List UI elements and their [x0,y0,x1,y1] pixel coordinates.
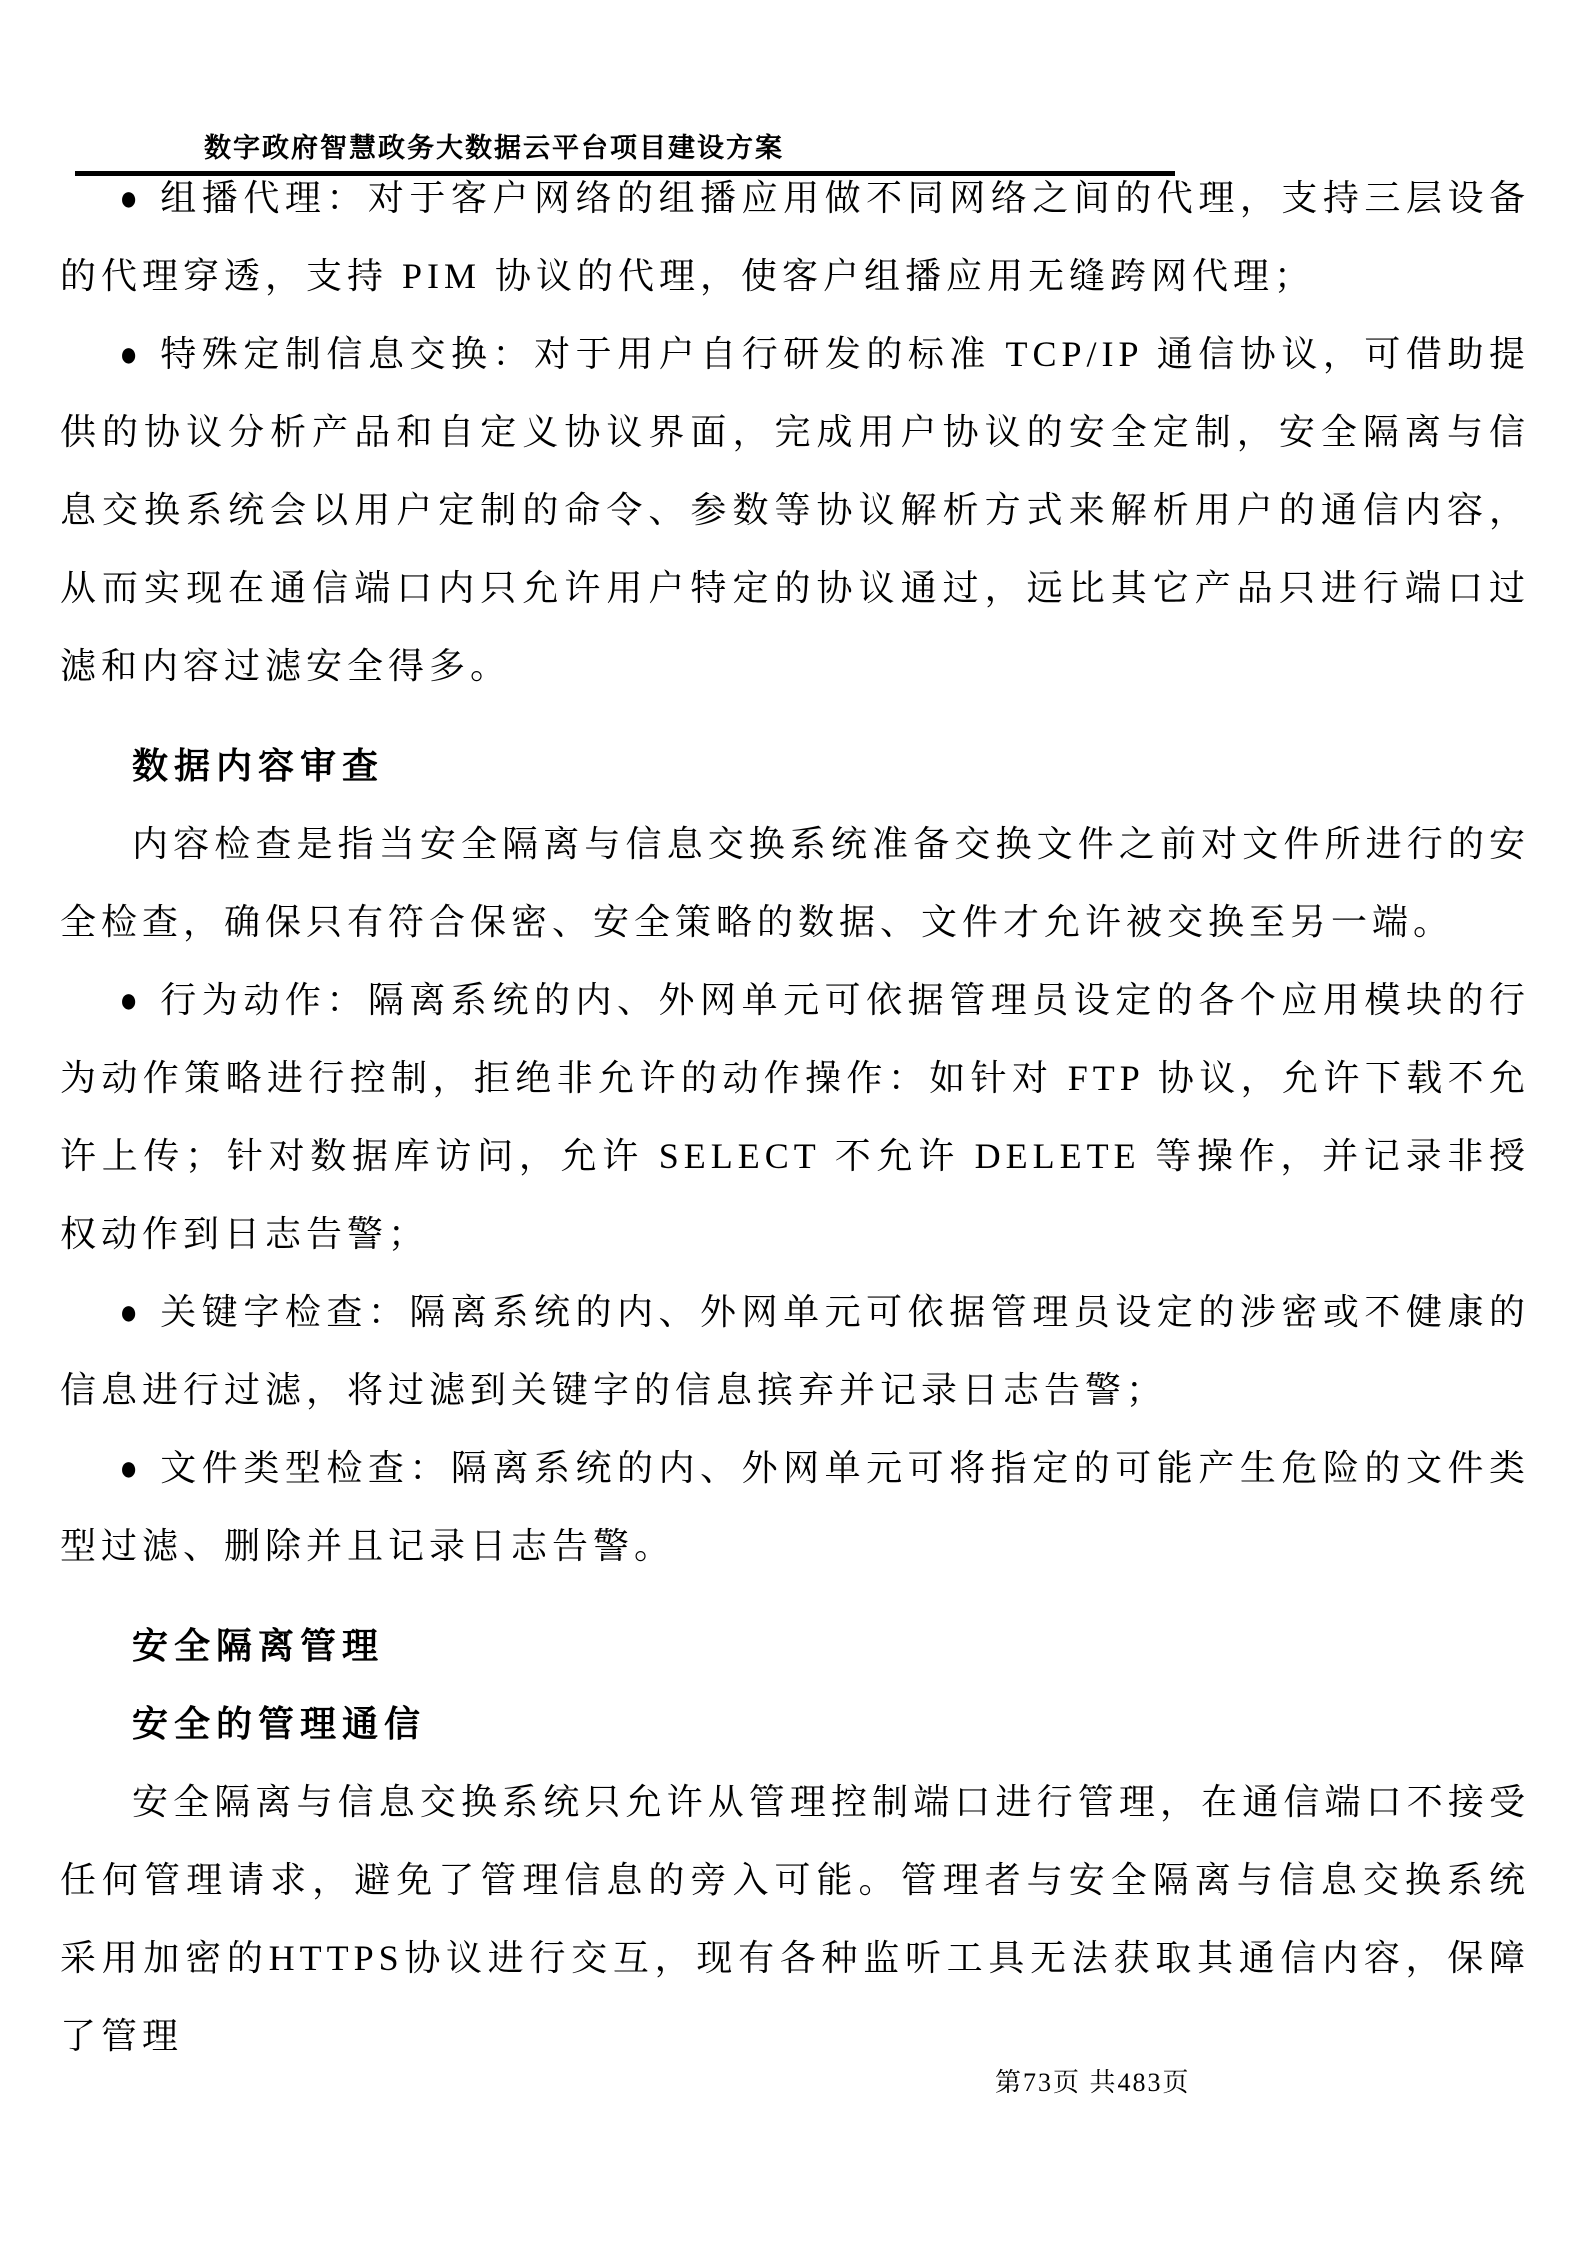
bullet-icon: ● [94,961,138,1039]
section-heading-secure-management-comm: 安全的管理通信 [60,1685,1530,1763]
bullet-text: 特殊定制信息交换：对于用户自行研发的标准 TCP/IP 通信协议，可借助提供的协… [60,334,1530,686]
page-number: 第73页 共483页 [995,2062,1191,2099]
paragraph-management-port: 安全隔离与信息交换系统只允许从管理控制端口进行管理，在通信端口不接受任何管理请求… [60,1763,1530,2075]
bullet-item-multicast-proxy: ●组播代理：对于客户网络的组播应用做不同网络之间的代理，支持三层设备的代理穿透，… [60,159,1530,315]
bullet-icon: ● [94,1429,138,1507]
section-heading-isolation-management: 安全隔离管理 [60,1607,1530,1685]
document-body: ●组播代理：对于客户网络的组播应用做不同网络之间的代理，支持三层设备的代理穿透，… [60,159,1530,2075]
bullet-icon: ● [94,315,138,393]
bullet-item-keyword-check: ●关键字检查：隔离系统的内、外网单元可依据管理员设定的涉密或不健康的信息进行过滤… [60,1273,1530,1429]
section-heading-data-content-review: 数据内容审查 [60,727,1530,805]
bullet-icon: ● [94,1273,138,1351]
bullet-item-custom-exchange: ●特殊定制信息交换：对于用户自行研发的标准 TCP/IP 通信协议，可借助提供的… [60,315,1530,705]
bullet-icon: ● [94,159,138,237]
bullet-text: 文件类型检查：隔离系统的内、外网单元可将指定的可能产生危险的文件类型过滤、删除并… [60,1448,1530,1566]
paragraph-content-check: 内容检查是指当安全隔离与信息交换系统准备交换文件之前对文件所进行的安全检查，确保… [60,805,1530,961]
bullet-item-filetype-check: ●文件类型检查：隔离系统的内、外网单元可将指定的可能产生危险的文件类型过滤、删除… [60,1429,1530,1585]
document-page: 数字政府智慧政务大数据云平台项目建设方案 ●组播代理：对于客户网络的组播应用做不… [0,0,1587,2245]
bullet-item-behavior-action: ●行为动作：隔离系统的内、外网单元可依据管理员设定的各个应用模块的行为动作策略进… [60,961,1530,1273]
bullet-text: 行为动作：隔离系统的内、外网单元可依据管理员设定的各个应用模块的行为动作策略进行… [60,980,1530,1254]
bullet-text: 组播代理：对于客户网络的组播应用做不同网络之间的代理，支持三层设备的代理穿透，支… [60,178,1530,296]
bullet-text: 关键字检查：隔离系统的内、外网单元可依据管理员设定的涉密或不健康的信息进行过滤，… [60,1292,1530,1410]
